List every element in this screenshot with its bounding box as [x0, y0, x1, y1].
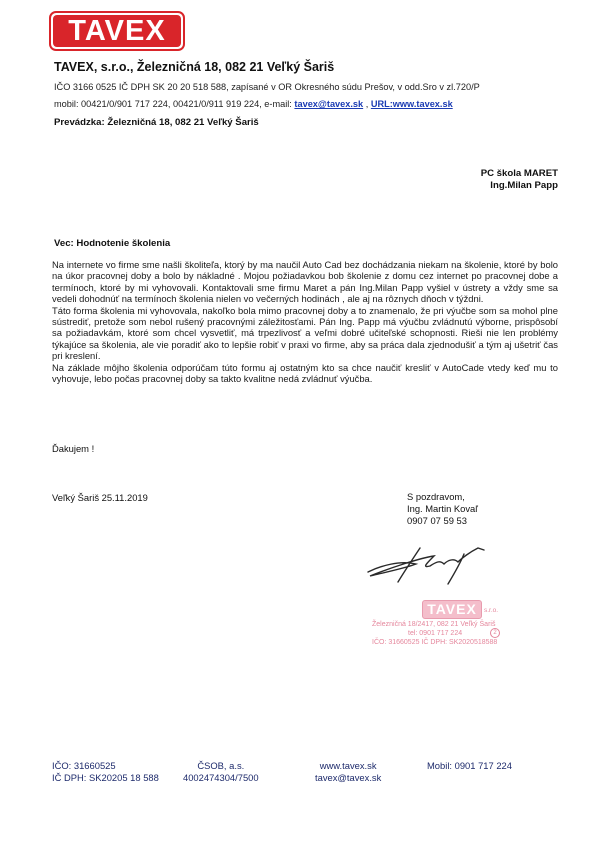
- recipient-person: Ing.Milan Papp: [481, 180, 558, 192]
- recipient-block: PC škola MARET Ing.Milan Papp: [481, 168, 558, 192]
- stamp-logo: TAVEX: [422, 600, 482, 619]
- closing-greeting: S pozdravom,: [407, 491, 478, 503]
- sender-name: Ing. Martin Kovaľ: [407, 503, 478, 515]
- footer-bank-name: ČSOB, a.s.: [183, 760, 259, 772]
- stamp-suffix: s.r.o.: [484, 606, 498, 615]
- contact-phones: mobil: 00421/0/901 717 224, 00421/0/911 …: [54, 99, 294, 109]
- premises-address: Prevádzka: Železničná 18, 082 21 Veľký Š…: [54, 117, 259, 128]
- stamp-ids: IČO: 31660525 IČ DPH: SK2020518588: [372, 638, 497, 647]
- body-paragraph: Táto forma školenia mi vyhovovala, nakoľ…: [52, 305, 558, 362]
- footer-dic: IČ DPH: SK20205 18 588: [52, 772, 159, 784]
- closing-block: S pozdravom, Ing. Martin Kovaľ 0907 07 5…: [407, 491, 478, 527]
- stamp-phone: tel: 0901 717 224: [408, 629, 462, 638]
- company-registration: IČO 3166 0525 IČ DPH SK 20 20 518 588, z…: [54, 82, 480, 92]
- place-and-date: Veľký Šariš 25.11.2019: [52, 492, 148, 503]
- letter-body: Na internete vo firme sme našli školiteľ…: [52, 259, 558, 384]
- company-stamp: TAVEX s.r.o. Železničná 18/2417, 082 21 …: [372, 598, 512, 654]
- logo-text: TAVEX: [53, 15, 181, 47]
- company-name-address: TAVEX, s.r.o., Železničná 18, 082 21 Veľ…: [54, 60, 334, 74]
- footer-web: www.tavex.sk tavex@tavex.sk: [315, 760, 381, 784]
- body-paragraph: Na základe môjho školenia odporúčam túto…: [52, 362, 558, 385]
- footer-bank-account: 4002474304/7500: [183, 772, 259, 784]
- stamp-mark: 2: [490, 628, 500, 638]
- stamp-address: Železničná 18/2417, 082 21 Veľký Šariš: [372, 620, 495, 629]
- footer-ids: IČO: 31660525 IČ DPH: SK20205 18 588: [52, 760, 159, 784]
- company-contact: mobil: 00421/0/901 717 224, 00421/0/911 …: [54, 99, 453, 109]
- footer-email: tavex@tavex.sk: [315, 772, 381, 784]
- recipient-organization: PC škola MARET: [481, 168, 558, 180]
- tavex-logo: TAVEX: [49, 11, 185, 51]
- footer-bank: ČSOB, a.s. 4002474304/7500: [183, 760, 259, 784]
- sender-phone: 0907 07 59 53: [407, 515, 478, 527]
- website-link[interactable]: URL:www.tavex.sk: [371, 99, 453, 109]
- email-link[interactable]: tavex@tavex.sk: [294, 99, 363, 109]
- letter-subject: Vec: Hodnotenie školenia: [54, 238, 170, 249]
- handwritten-signature: [360, 538, 490, 588]
- footer-website: www.tavex.sk: [315, 760, 381, 772]
- thanks-line: Ďakujem !: [52, 443, 94, 454]
- footer-ico: IČO: 31660525: [52, 760, 159, 772]
- body-paragraph: Na internete vo firme sme našli školiteľ…: [52, 259, 558, 305]
- link-separator: ,: [363, 99, 371, 109]
- footer-mobile: Mobil: 0901 717 224: [427, 760, 512, 772]
